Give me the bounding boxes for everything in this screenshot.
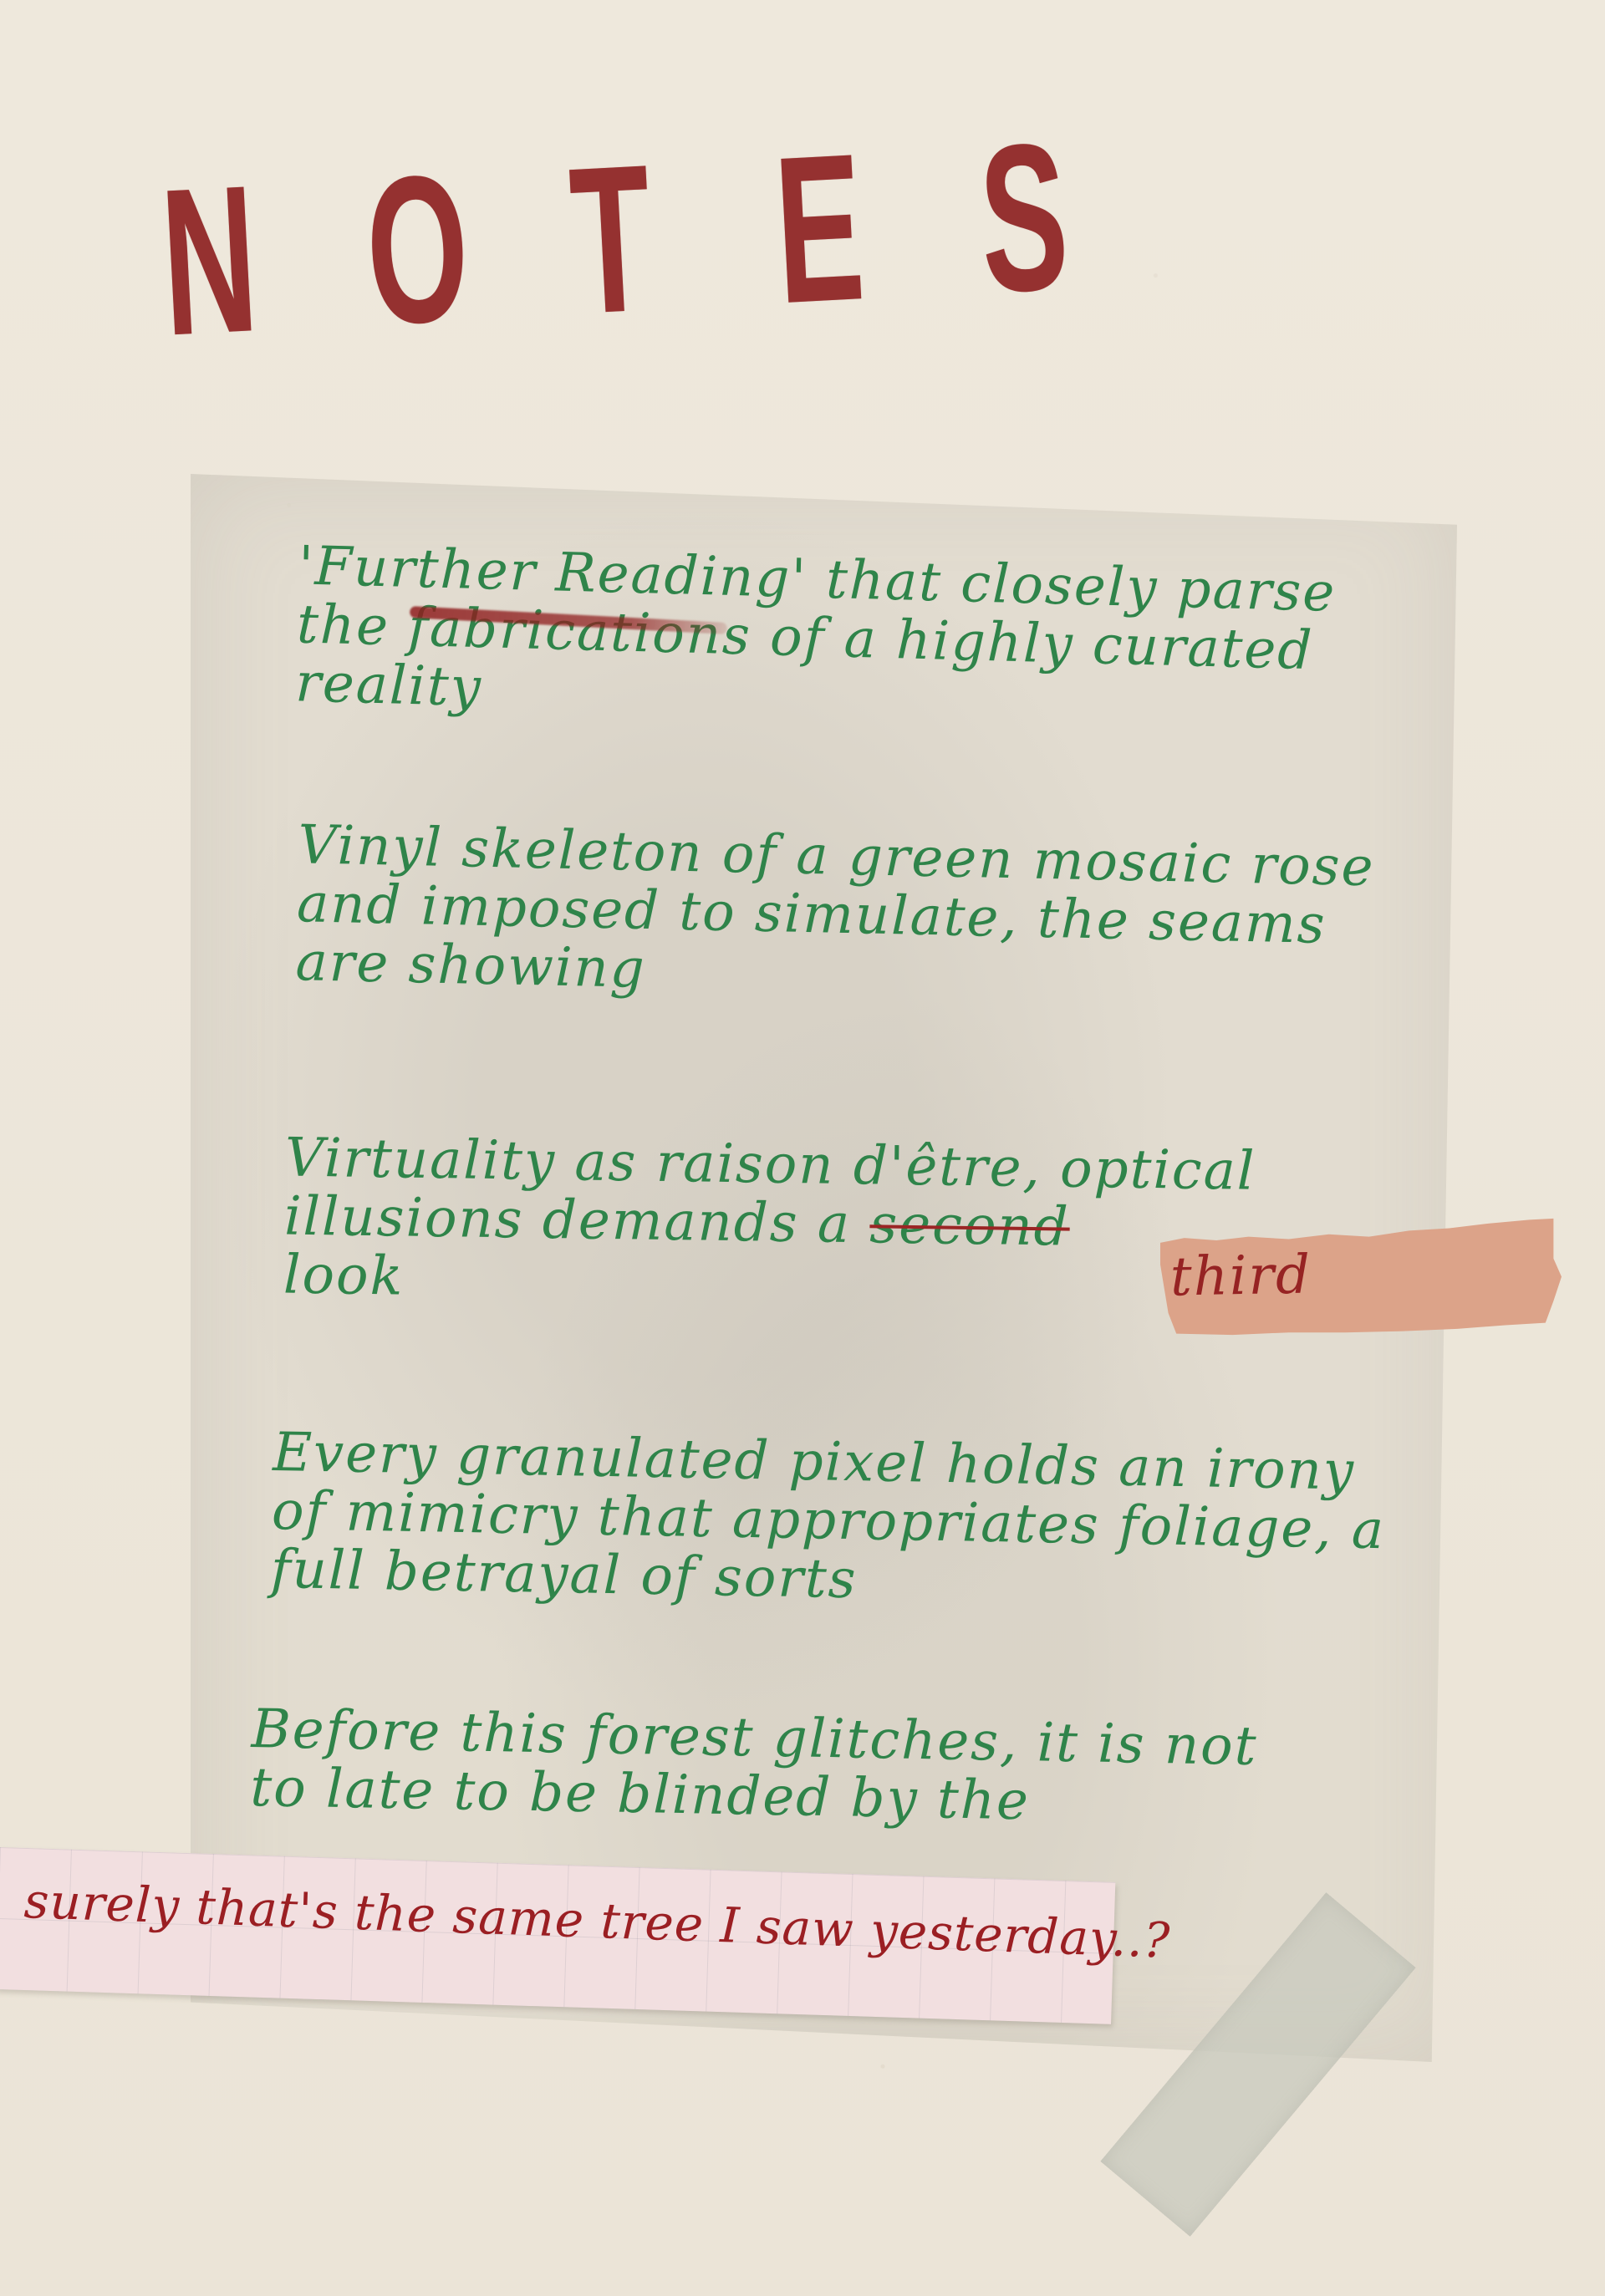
- note-paragraph-4: Every granulated pixel holds an irony of…: [270, 1423, 1426, 1619]
- correction-word: third: [1169, 1245, 1312, 1309]
- title-letter: S: [976, 112, 1064, 325]
- further-reading-phrase: 'Further Reading': [298, 537, 808, 608]
- title-letter: T: [566, 133, 655, 346]
- note-paragraph-5: Before this forest glitches, it is not t…: [250, 1700, 1305, 1835]
- note-paragraph-1: 'Further Reading' that closely parse the…: [294, 537, 1427, 741]
- notes-title: N O T E S: [157, 109, 1112, 368]
- title-letter: N: [157, 155, 246, 368]
- paragraph-text: Vinyl skeleton of a green mosaic rose an…: [295, 814, 1375, 1000]
- paragraph-text: look: [283, 1245, 405, 1308]
- title-letter: E: [771, 123, 859, 336]
- struck-word: second: [869, 1194, 1070, 1258]
- paragraph-text: Before this forest glitches, it is not t…: [250, 1698, 1258, 1832]
- paragraph-text: Every granulated pixel holds an irony of…: [270, 1422, 1385, 1611]
- title-letter: O: [362, 144, 451, 357]
- paragraph-text: Virtuality as raison d'être, optical ill…: [284, 1128, 1256, 1256]
- note-paragraph-2: Vinyl skeleton of a green mosaic rose an…: [295, 816, 1402, 1015]
